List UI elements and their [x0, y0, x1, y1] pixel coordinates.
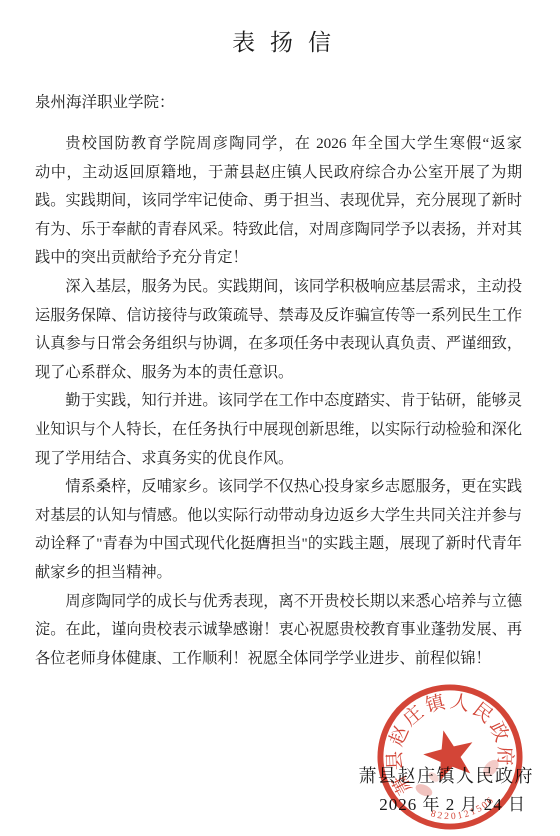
paragraph-3: 勤于实践，知行并进。该同学在工作中态度踏实、肯于钻研，能够灵活运用所学专 业知识…	[35, 387, 522, 473]
text-line: 认真参与日常会务组织与协调，在多项任务中表现认真负责、严谨细致，以实际行动展	[35, 330, 522, 359]
text-line: 动中，主动返回原籍地，于萧县赵庄镇人民政府综合办公室开展了为期 31 天的政务实	[35, 159, 522, 188]
text-line: 献家乡的担当精神。	[35, 559, 522, 588]
text-line: 对基层的认知与情感。他以实际行动带动身边返乡大学生共同关注并参与家乡发展，生	[35, 502, 522, 531]
text-line: 情系桑梓，反哺家乡。该同学不仅热心投身家乡志愿服务，更在实践劳动中深化了	[35, 473, 522, 502]
text-line: 践中的突出贡献给予充分肯定！	[35, 244, 522, 273]
text-line: 各位老师身体健康、工作顺利！祝愿全体同学学业进步、前程似锦！	[35, 645, 522, 674]
text-line: 践。实践期间，该同学牢记使命、勇于担当、表现优异，充分展现了新时代大学生奋发	[35, 187, 522, 216]
text-line: 深入基层，服务为民。实践期间，该同学积极响应基层需求，主动投身 2026 年春	[35, 273, 522, 302]
paragraph-1: 贵校国防教育学院周彦陶同学，在 2026 年全国大学生寒假“返家乡”社会实践活 …	[35, 130, 522, 273]
salutation: 泉州海洋职业学院：	[35, 90, 175, 112]
letter-body: 贵校国防教育学院周彦陶同学，在 2026 年全国大学生寒假“返家乡”社会实践活 …	[35, 130, 522, 673]
signature-name: 萧县赵庄镇人民政府	[359, 762, 535, 788]
text-line: 有为、乐于奉献的青春风采。特致此信，对周彦陶同学予以表扬，并对其在本次社会实	[35, 216, 522, 245]
text-line: 现了心系群众、服务为本的责任意识。	[35, 359, 522, 388]
text-line: 周彦陶同学的成长与优秀表现，离不开贵校长期以来悉心培养与立德树人的深厚积	[35, 588, 522, 617]
signature-date: 2026 年 2 月 24 日	[379, 790, 526, 815]
text-line: 业知识与个人特长，在任务执行中展现创新思维，以实际行动检验和深化理论认知，体	[35, 416, 522, 445]
paragraph-2: 深入基层，服务为民。实践期间，该同学积极响应基层需求，主动投身 2026 年春 …	[35, 273, 522, 387]
text-line: 运服务保障、信访接待与政策疏导、禁毒及反诈骗宣传等一系列民生工作中。同时，他	[35, 302, 522, 331]
paragraph-5: 周彦陶同学的成长与优秀表现，离不开贵校长期以来悉心培养与立德树人的深厚积 淀。在…	[35, 588, 522, 674]
text-line: 勤于实践，知行并进。该同学在工作中态度踏实、肯于钻研，能够灵活运用所学专	[35, 387, 522, 416]
text-line: 现了学用结合、求真务实的优良作风。	[35, 445, 522, 474]
text-line: 贵校国防教育学院周彦陶同学，在 2026 年全国大学生寒假“返家乡”社会实践活	[35, 130, 522, 159]
letter-title: 表扬信	[0, 24, 560, 57]
text-line: 动诠释了"青春为中国式现代化挺膺担当"的实践主题，展现了新时代青年扎根乡土、奉	[35, 530, 522, 559]
commendation-letter-page: 表扬信 泉州海洋职业学院： 贵校国防教育学院周彦陶同学，在 2026 年全国大学…	[0, 0, 560, 836]
paragraph-4: 情系桑梓，反哺家乡。该同学不仅热心投身家乡志愿服务，更在实践劳动中深化了 对基层…	[35, 473, 522, 587]
text-line: 淀。在此，谨向贵校表示诚挚感谢！衷心祝愿贵校教育事业蓬勃发展、再谱华章！祝愿	[35, 616, 522, 645]
